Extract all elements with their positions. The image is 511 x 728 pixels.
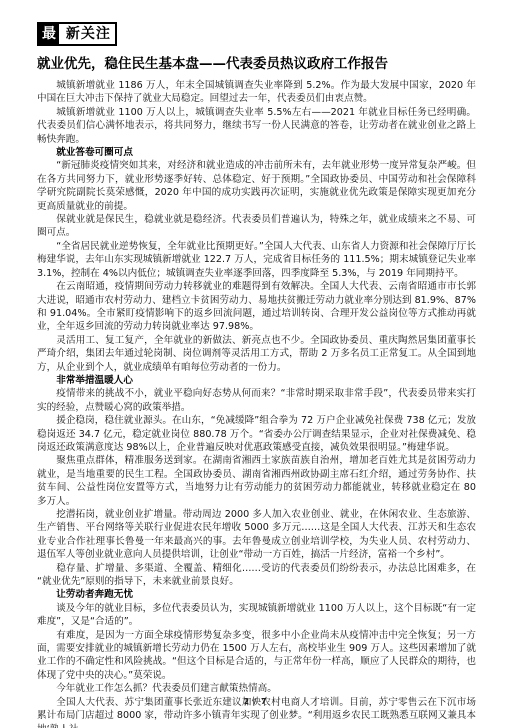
paragraph: “全省居民就业逆势恢复，全年就业比预期更好。”全国人大代表、山东省人力资源和社会… xyxy=(37,240,476,280)
paragraph: 疫情带来的挑战不小，就业平稳向好态势从何而来？“非常时期采取非常手段”，代表委员… xyxy=(37,387,476,414)
paragraph: 今年就业工作怎么抓？代表委员们建言献策热情高。 xyxy=(37,682,476,695)
paragraph: 稳存量、扩增量、多渠道、全覆盖、精细化……受访的代表委员们纷纷表示，办法总比困难… xyxy=(37,562,476,589)
paragraph: 城镇新增就业 1100 万人以上，城镇调查失业率 5.5%左右——2021 年就… xyxy=(37,106,476,146)
section-heading: 就业答卷可圈可点 xyxy=(37,146,476,159)
page-number: 2 / 7 xyxy=(0,697,511,706)
paragraph: 聚焦重点群体，精准服务送到家。在湖南省湘西土家族苗族自治州，增加老百姓尤其是贫困… xyxy=(37,454,476,508)
document-page: 最 新关注 就业优先，稳住民生基本盘——代表委员热议政府工作报告 城镇新增就业 … xyxy=(0,0,511,728)
article-body: 城镇新增就业 1186 万人，年末全国城镇调查失业率降到 5.2%。作为最大发展… xyxy=(37,79,476,728)
paragraph: “新冠肺炎疫情突如其来，对经济和就业造成的冲击前所未有，去年就业形势一度异常复杂… xyxy=(37,159,476,213)
paragraph: 在云南昭通，疫情期间劳动力转移就业的难题得到有效解决。全国人大代表、云南省昭通市… xyxy=(37,280,476,334)
paragraph: 谈及今年的就业目标，多位代表委员认为，实现城镇新增就业 1100 万人以上，这个… xyxy=(37,602,476,629)
paragraph: 有难度，是因为一方面全球疫情形势复杂多变，很多中小企业尚未从疫情冲击中完全恢复；… xyxy=(37,629,476,683)
paragraph: 灵活用工、复工复产，全年就业的新做法、新亮点也不少。全国政协委员、重庆陶然居集团… xyxy=(37,334,476,374)
section-heading: 让劳动者奔跑无忧 xyxy=(37,588,476,601)
badge-rest-chars: 新关注 xyxy=(65,24,115,44)
article-title: 就业优先，稳住民生基本盘——代表委员热议政府工作报告 xyxy=(37,55,476,73)
section-badge: 最 新关注 xyxy=(37,22,117,46)
paragraph: 城镇新增就业 1186 万人，年末全国城镇调查失业率降到 5.2%。作为最大发展… xyxy=(37,79,476,106)
paragraph: 保就业就是保民生，稳就业就是稳经济。代表委员们普遍认为，特殊之年，就业成绩来之不… xyxy=(37,213,476,240)
page-content: 最 新关注 就业优先，稳住民生基本盘——代表委员热议政府工作报告 城镇新增就业 … xyxy=(0,0,511,728)
paragraph: 挖潜拓岗，就业创业扩增量。带动周边 2000 多人加入农业创业、就业，在休闲农业… xyxy=(37,508,476,562)
paragraph: 援企稳岗，稳住就业源头。在山东，“免减缓降”组合拳为 72 万户企业减免社保费 … xyxy=(37,414,476,454)
badge-first-char: 最 xyxy=(39,24,59,44)
section-heading: 非常举措温暖人心 xyxy=(37,374,476,387)
